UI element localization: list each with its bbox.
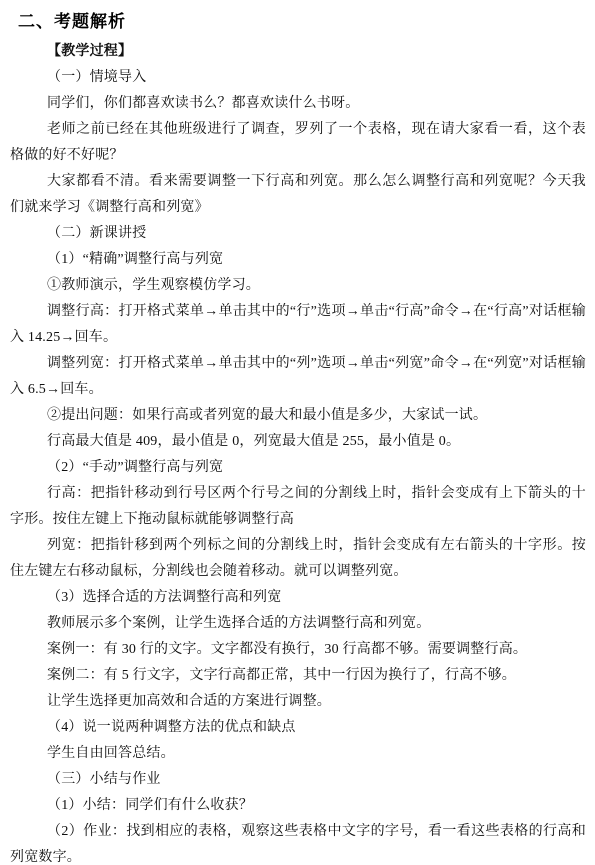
step-heading: （1）小结：同学们有什么收获？ [10,793,586,819]
paragraph: 调整行高：打开格式菜单→单击其中的“行”选项→单击“行高”命令→在“行高”对话框… [10,299,586,351]
section-heading: （三）小结与作业 [10,767,586,793]
paragraph: 学生自由回答总结。 [10,741,586,767]
step-heading: （3）选择合适的方法调整行高和列宽 [10,585,586,611]
paragraph: 老师之前已经在其他班级进行了调查，罗列了一个表格，现在请大家看一看，这个表格做的… [10,117,586,169]
teaching-process-heading: 【教学过程】 [10,39,586,65]
step-heading: （2）作业：找到相应的表格，观察这些表格中文字的字号，看一看这些表格的行高和列宽… [10,819,586,865]
paragraph: 行高最大值是 409，最小值是 0，列宽最大值是 255，最小值是 0。 [10,429,586,455]
section-heading: （一）情境导入 [10,65,586,91]
section-heading: （二）新课讲授 [10,221,586,247]
step-heading: （2）“手动”调整行高与列宽 [10,455,586,481]
paragraph: 大家都看不清。看来需要调整一下行高和列宽。那么怎么调整行高和列宽呢？今天我们就来… [10,169,586,221]
page-title: 二、考题解析 [18,7,586,37]
paragraph: ①教师演示，学生观察模仿学习。 [10,273,586,299]
paragraph: 教师展示多个案例，让学生选择合适的方法调整行高和列宽。 [10,611,586,637]
document-page: 二、考题解析 【教学过程】 （一）情境导入 同学们，你们都喜欢读书么？都喜欢读什… [0,0,595,865]
paragraph: 调整列宽：打开格式菜单→单击其中的“列”选项→单击“列宽”命令→在“列宽”对话框… [10,351,586,403]
paragraph: 案例二：有 5 行文字，文字行高都正常，其中一行因为换行了，行高不够。 [10,663,586,689]
step-heading: （4）说一说两种调整方法的优点和缺点 [10,715,586,741]
paragraph: 列宽：把指针移到两个列标之间的分割线上时，指针会变成有左右箭头的十字形。按住左键… [10,533,586,585]
paragraph: 同学们，你们都喜欢读书么？都喜欢读什么书呀。 [10,91,586,117]
paragraph: 案例一：有 30 行的文字。文字都没有换行，30 行高都不够。需要调整行高。 [10,637,586,663]
paragraph: ②提出问题：如果行高或者列宽的最大和最小值是多少，大家试一试。 [10,403,586,429]
paragraph: 行高：把指针移动到行号区两个行号之间的分割线上时，指针会变成有上下箭头的十字形。… [10,481,586,533]
paragraph: 让学生选择更加高效和合适的方案进行调整。 [10,689,586,715]
step-heading: （1）“精确”调整行高与列宽 [10,247,586,273]
